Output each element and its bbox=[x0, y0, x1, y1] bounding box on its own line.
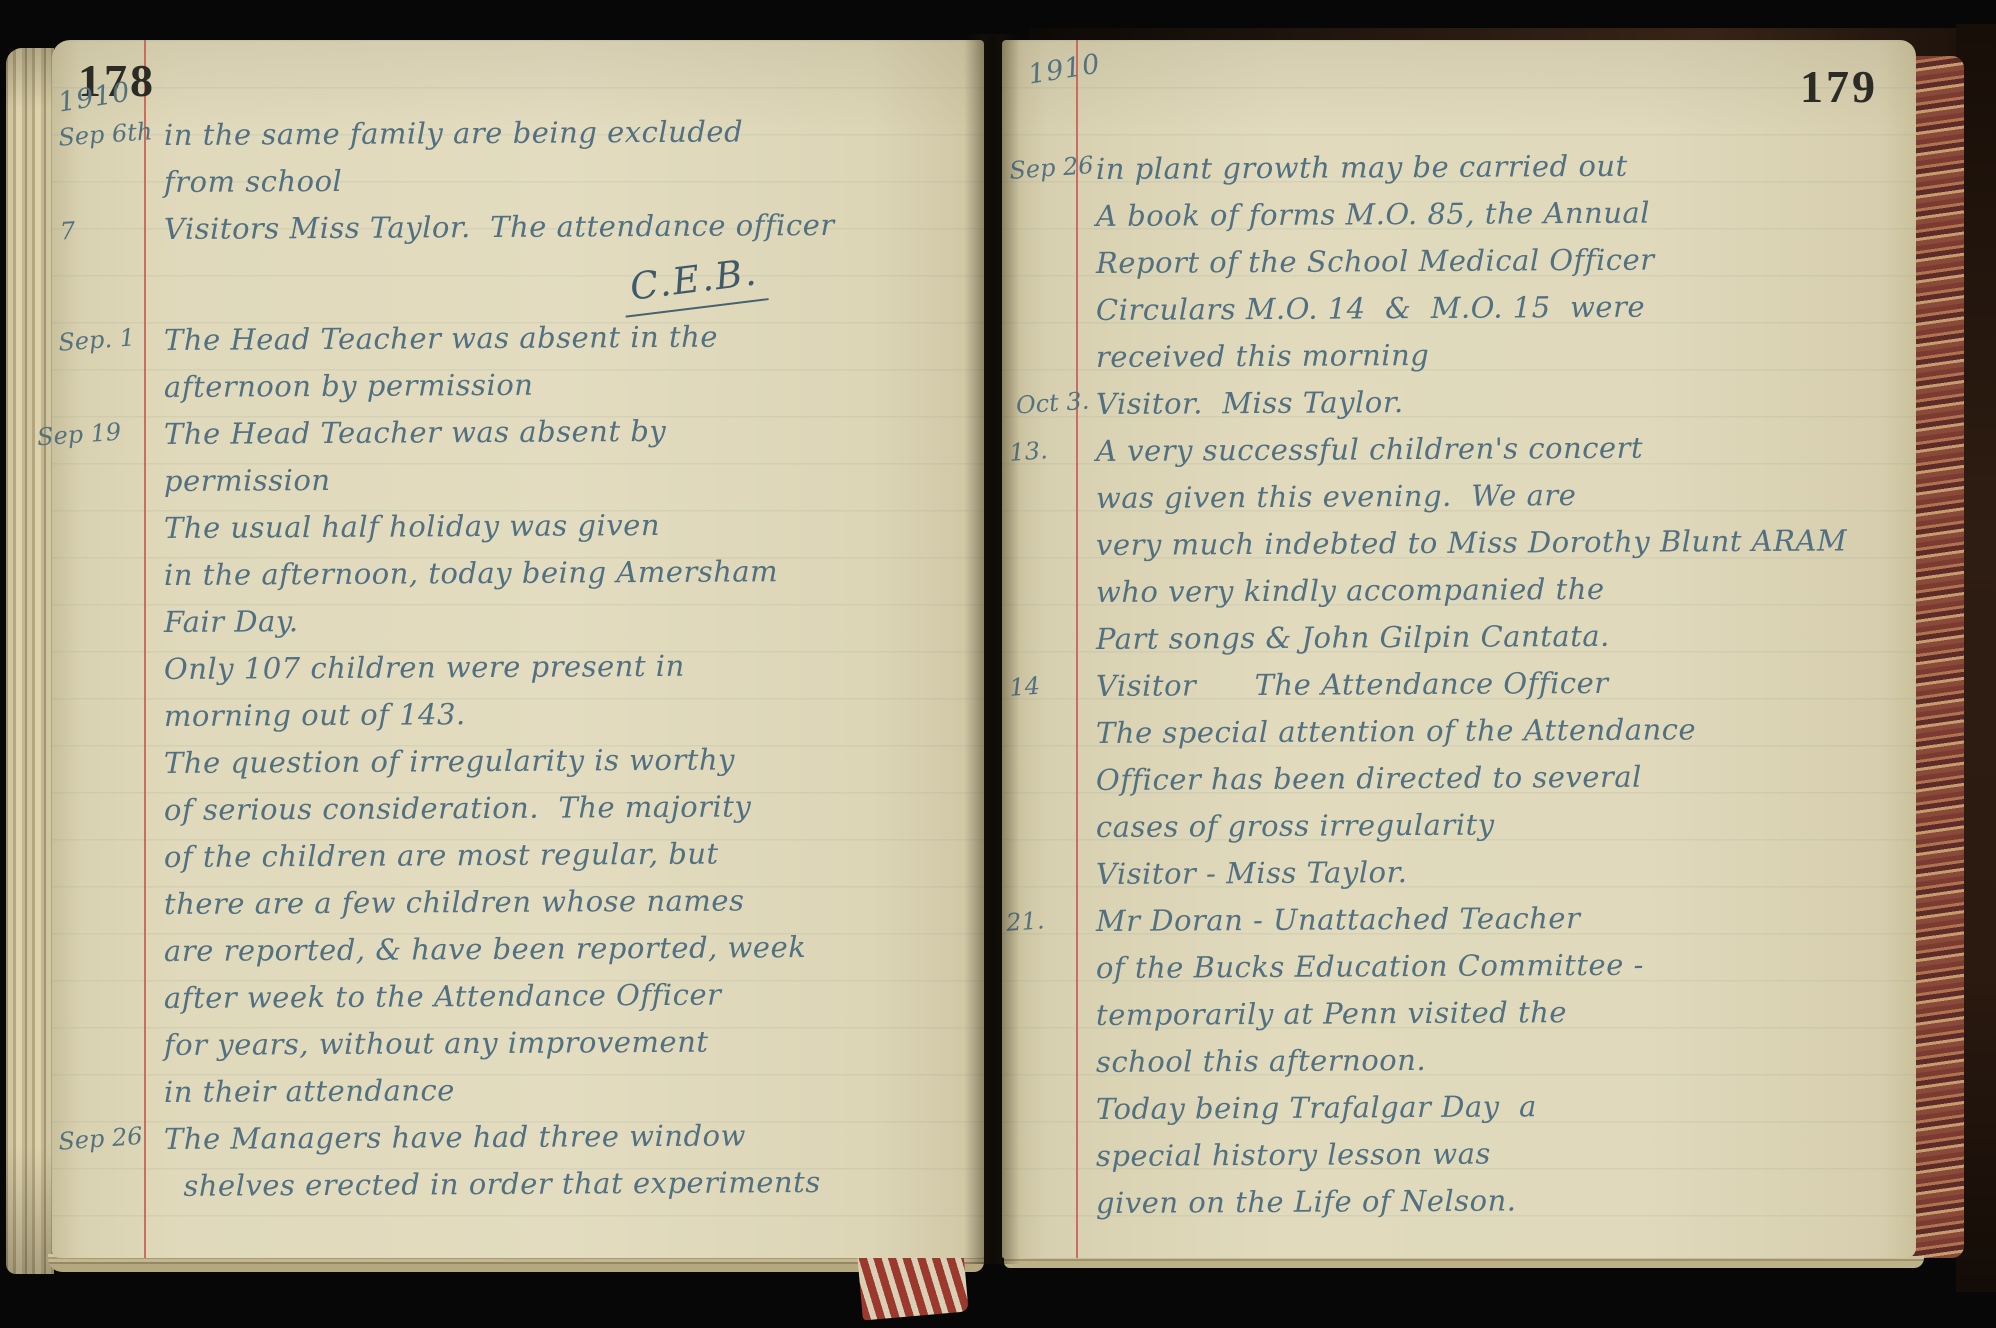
handwriting-line: The question of irregularity is worthy bbox=[164, 735, 974, 787]
handwriting-line: morning out of 143. bbox=[164, 688, 974, 740]
handwriting-line: The Managers have had three window bbox=[164, 1111, 974, 1163]
entry-body: in the same family are being excludedfro… bbox=[144, 112, 976, 206]
log-entry: Sep 26in plant growth may be carried out… bbox=[1002, 146, 1908, 381]
log-entry: 13.A very successful children's concertw… bbox=[1002, 428, 1908, 663]
log-entry: Sep 26The Managers have had three window… bbox=[52, 1116, 976, 1210]
log-entries-right: Sep 26in plant growth may be carried out… bbox=[1002, 146, 1908, 1227]
handwriting-line: after week to the Attendance Officer bbox=[164, 970, 974, 1022]
handwriting-line: special history lesson was bbox=[1096, 1128, 1906, 1180]
handwriting-line: Visitor. Miss Taylor. bbox=[1096, 376, 1906, 428]
handwriting-line: Visitors Miss Taylor. The attendance off… bbox=[164, 201, 974, 253]
handwriting-line: who very kindly accompanied the bbox=[1096, 564, 1906, 616]
entry-body: in plant growth may be carried outA book… bbox=[1076, 146, 1908, 381]
handwriting-line: The Head Teacher was absent by bbox=[164, 406, 974, 458]
handwriting-line: Visitor - Miss Taylor. bbox=[1096, 846, 1906, 898]
handwriting-line: was given this evening. We are bbox=[1096, 470, 1906, 522]
entry-body: Mr Doran - Unattached Teacherof the Buck… bbox=[1076, 898, 1908, 1227]
entry-date: 14 bbox=[994, 661, 1084, 901]
handwriting-line: in the same family are being excluded bbox=[164, 107, 974, 159]
entry-body: The Head Teacher was absent bypermission… bbox=[144, 411, 976, 1116]
entry-date: Sep 26 bbox=[994, 144, 1084, 384]
handwriting-line: from school bbox=[164, 154, 974, 206]
handwriting-line: The special attention of the Attendance bbox=[1096, 705, 1906, 757]
handwriting-line: very much indebted to Miss Dorothy Blunt… bbox=[1096, 517, 1906, 569]
handwriting-line: school this afternoon. bbox=[1096, 1034, 1906, 1086]
bookmark-ribbon bbox=[857, 1248, 968, 1321]
handwriting-line: Part songs & John Gilpin Cantata. bbox=[1096, 611, 1906, 663]
entry-body: The Head Teacher was absent in theaftern… bbox=[144, 317, 976, 411]
handwriting-line: in the afternoon, today being Amersham bbox=[164, 547, 974, 599]
handwriting-line: in plant growth may be carried out bbox=[1096, 141, 1906, 193]
page-number-right: 179 bbox=[1800, 60, 1878, 113]
entry-date: 13. bbox=[994, 426, 1084, 666]
handwriting-line: temporarily at Penn visited the bbox=[1096, 987, 1906, 1039]
entry-body: C.E.B. bbox=[144, 253, 976, 317]
entry-date: Sep. 1 bbox=[49, 314, 147, 414]
handwriting-line: Officer has been directed to several bbox=[1096, 752, 1906, 804]
handwriting-line: received this morning bbox=[1096, 329, 1906, 381]
handwriting-line: A book of forms M.O. 85, the Annual bbox=[1096, 188, 1906, 240]
handwriting-line: Only 107 children were present in bbox=[164, 641, 974, 693]
left-page: 178 1910 Sep 6thin the same family are b… bbox=[52, 40, 984, 1258]
handwriting-line: permission bbox=[164, 453, 974, 505]
log-entries-left: Sep 6thin the same family are being excl… bbox=[52, 112, 976, 1210]
handwriting-line: A very successful children's concert bbox=[1096, 423, 1906, 475]
entry-date bbox=[50, 250, 146, 320]
entry-date: 7 bbox=[50, 203, 145, 256]
marbled-fore-edge bbox=[1912, 56, 1964, 1258]
signature-initials: C.E.B. bbox=[619, 246, 769, 317]
year-label-right: 1910 bbox=[1026, 49, 1103, 91]
entry-body: A very successful children's concertwas … bbox=[1076, 428, 1908, 663]
handwriting-line: Fair Day. bbox=[164, 594, 974, 646]
log-entry: Sep. 1The Head Teacher was absent in the… bbox=[52, 317, 976, 411]
log-entry: Sep 6thin the same family are being excl… bbox=[52, 112, 976, 206]
log-entry: 21.Mr Doran - Unattached Teacherof the B… bbox=[1002, 898, 1908, 1227]
book-spread: 178 1910 Sep 6thin the same family are b… bbox=[0, 0, 1996, 1328]
handwriting-line: Visitor The Attendance Officer bbox=[1096, 658, 1906, 710]
entry-body: Visitor. Miss Taylor. bbox=[1076, 381, 1908, 428]
handwriting-line: cases of gross irregularity bbox=[1096, 799, 1906, 851]
handwriting-line: are reported, & have been reported, week bbox=[164, 923, 974, 975]
handwriting-line: Mr Doran - Unattached Teacher bbox=[1096, 893, 1906, 945]
handwriting-line: of the Bucks Education Committee - bbox=[1096, 940, 1906, 992]
handwriting-line: afternoon by permission bbox=[164, 359, 974, 411]
handwriting-line: of the children are most regular, but bbox=[164, 829, 974, 881]
handwriting-line: in their attendance bbox=[164, 1064, 974, 1116]
entry-date: Sep 26 bbox=[49, 1113, 147, 1213]
log-entry: C.E.B. bbox=[52, 253, 976, 317]
entry-date: 21. bbox=[991, 896, 1088, 1229]
handwriting-line: Today being Trafalgar Day a bbox=[1096, 1081, 1906, 1133]
log-entry: Sep 19The Head Teacher was absent byperm… bbox=[52, 411, 976, 1116]
log-entry: 7Visitors Miss Taylor. The attendance of… bbox=[52, 206, 976, 253]
handwriting-line: The usual half holiday was given bbox=[164, 500, 974, 552]
right-page: 179 1910 Sep 26in plant growth may be ca… bbox=[1002, 40, 1916, 1258]
entry-body: Visitor The Attendance OfficerThe specia… bbox=[1076, 663, 1908, 898]
handwriting-line: there are a few children whose names bbox=[164, 876, 974, 928]
handwriting-line: Report of the School Medical Officer bbox=[1096, 235, 1906, 287]
handwriting-line: The Head Teacher was absent in the bbox=[164, 312, 974, 364]
entry-body: Visitors Miss Taylor. The attendance off… bbox=[144, 206, 976, 253]
log-entry: Oct 3.Visitor. Miss Taylor. bbox=[1002, 381, 1908, 428]
handwriting-line: for years, without any improvement bbox=[164, 1017, 974, 1069]
entry-date: Sep 6th bbox=[49, 109, 147, 209]
handwriting-line: of serious consideration. The majority bbox=[164, 782, 974, 834]
handwriting-line: given on the Life of Nelson. bbox=[1096, 1175, 1906, 1227]
log-entry: 14Visitor The Attendance OfficerThe spec… bbox=[1002, 663, 1908, 898]
entry-date: Oct 3. bbox=[1000, 378, 1077, 430]
handwriting-line: Circulars M.O. 14 & M.O. 15 were bbox=[1096, 282, 1906, 334]
handwriting-line: shelves erected in order that experiment… bbox=[164, 1158, 974, 1210]
entry-body: The Managers have had three window shelv… bbox=[144, 1116, 976, 1210]
